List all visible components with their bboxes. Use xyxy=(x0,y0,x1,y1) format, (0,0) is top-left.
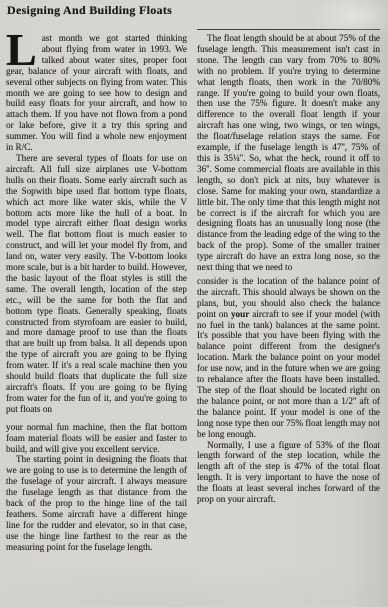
paragraph-float-types: There are several types of floats for us… xyxy=(6,153,187,415)
paragraph-intro: Last month we got started thinking about… xyxy=(6,33,187,153)
article-title: Designing And Building Floats xyxy=(7,3,172,18)
paragraph-float-length: The float length should be at about 75% … xyxy=(197,33,380,273)
balance-emphasis: your xyxy=(231,309,249,319)
paragraph-balance-point: consider is the location of the balance … xyxy=(197,276,380,440)
paragraph-fun-machine: your normal fun machine, then the flat b… xyxy=(6,422,187,455)
balance-text-after: aircraft to see if your model (with no f… xyxy=(197,309,380,439)
paragraph-starting-point: The starting point in designing the floa… xyxy=(6,454,187,552)
left-column: Last month we got started thinking about… xyxy=(6,33,187,553)
right-column: The float length should be at about 75% … xyxy=(197,29,380,505)
drop-cap: L xyxy=(6,33,42,65)
paragraph-step-ratio: Normally, I use a figure of 53% of the f… xyxy=(197,440,380,505)
column-top-rule xyxy=(197,29,380,30)
scanned-page: Designing And Building Floats Last month… xyxy=(0,0,388,607)
